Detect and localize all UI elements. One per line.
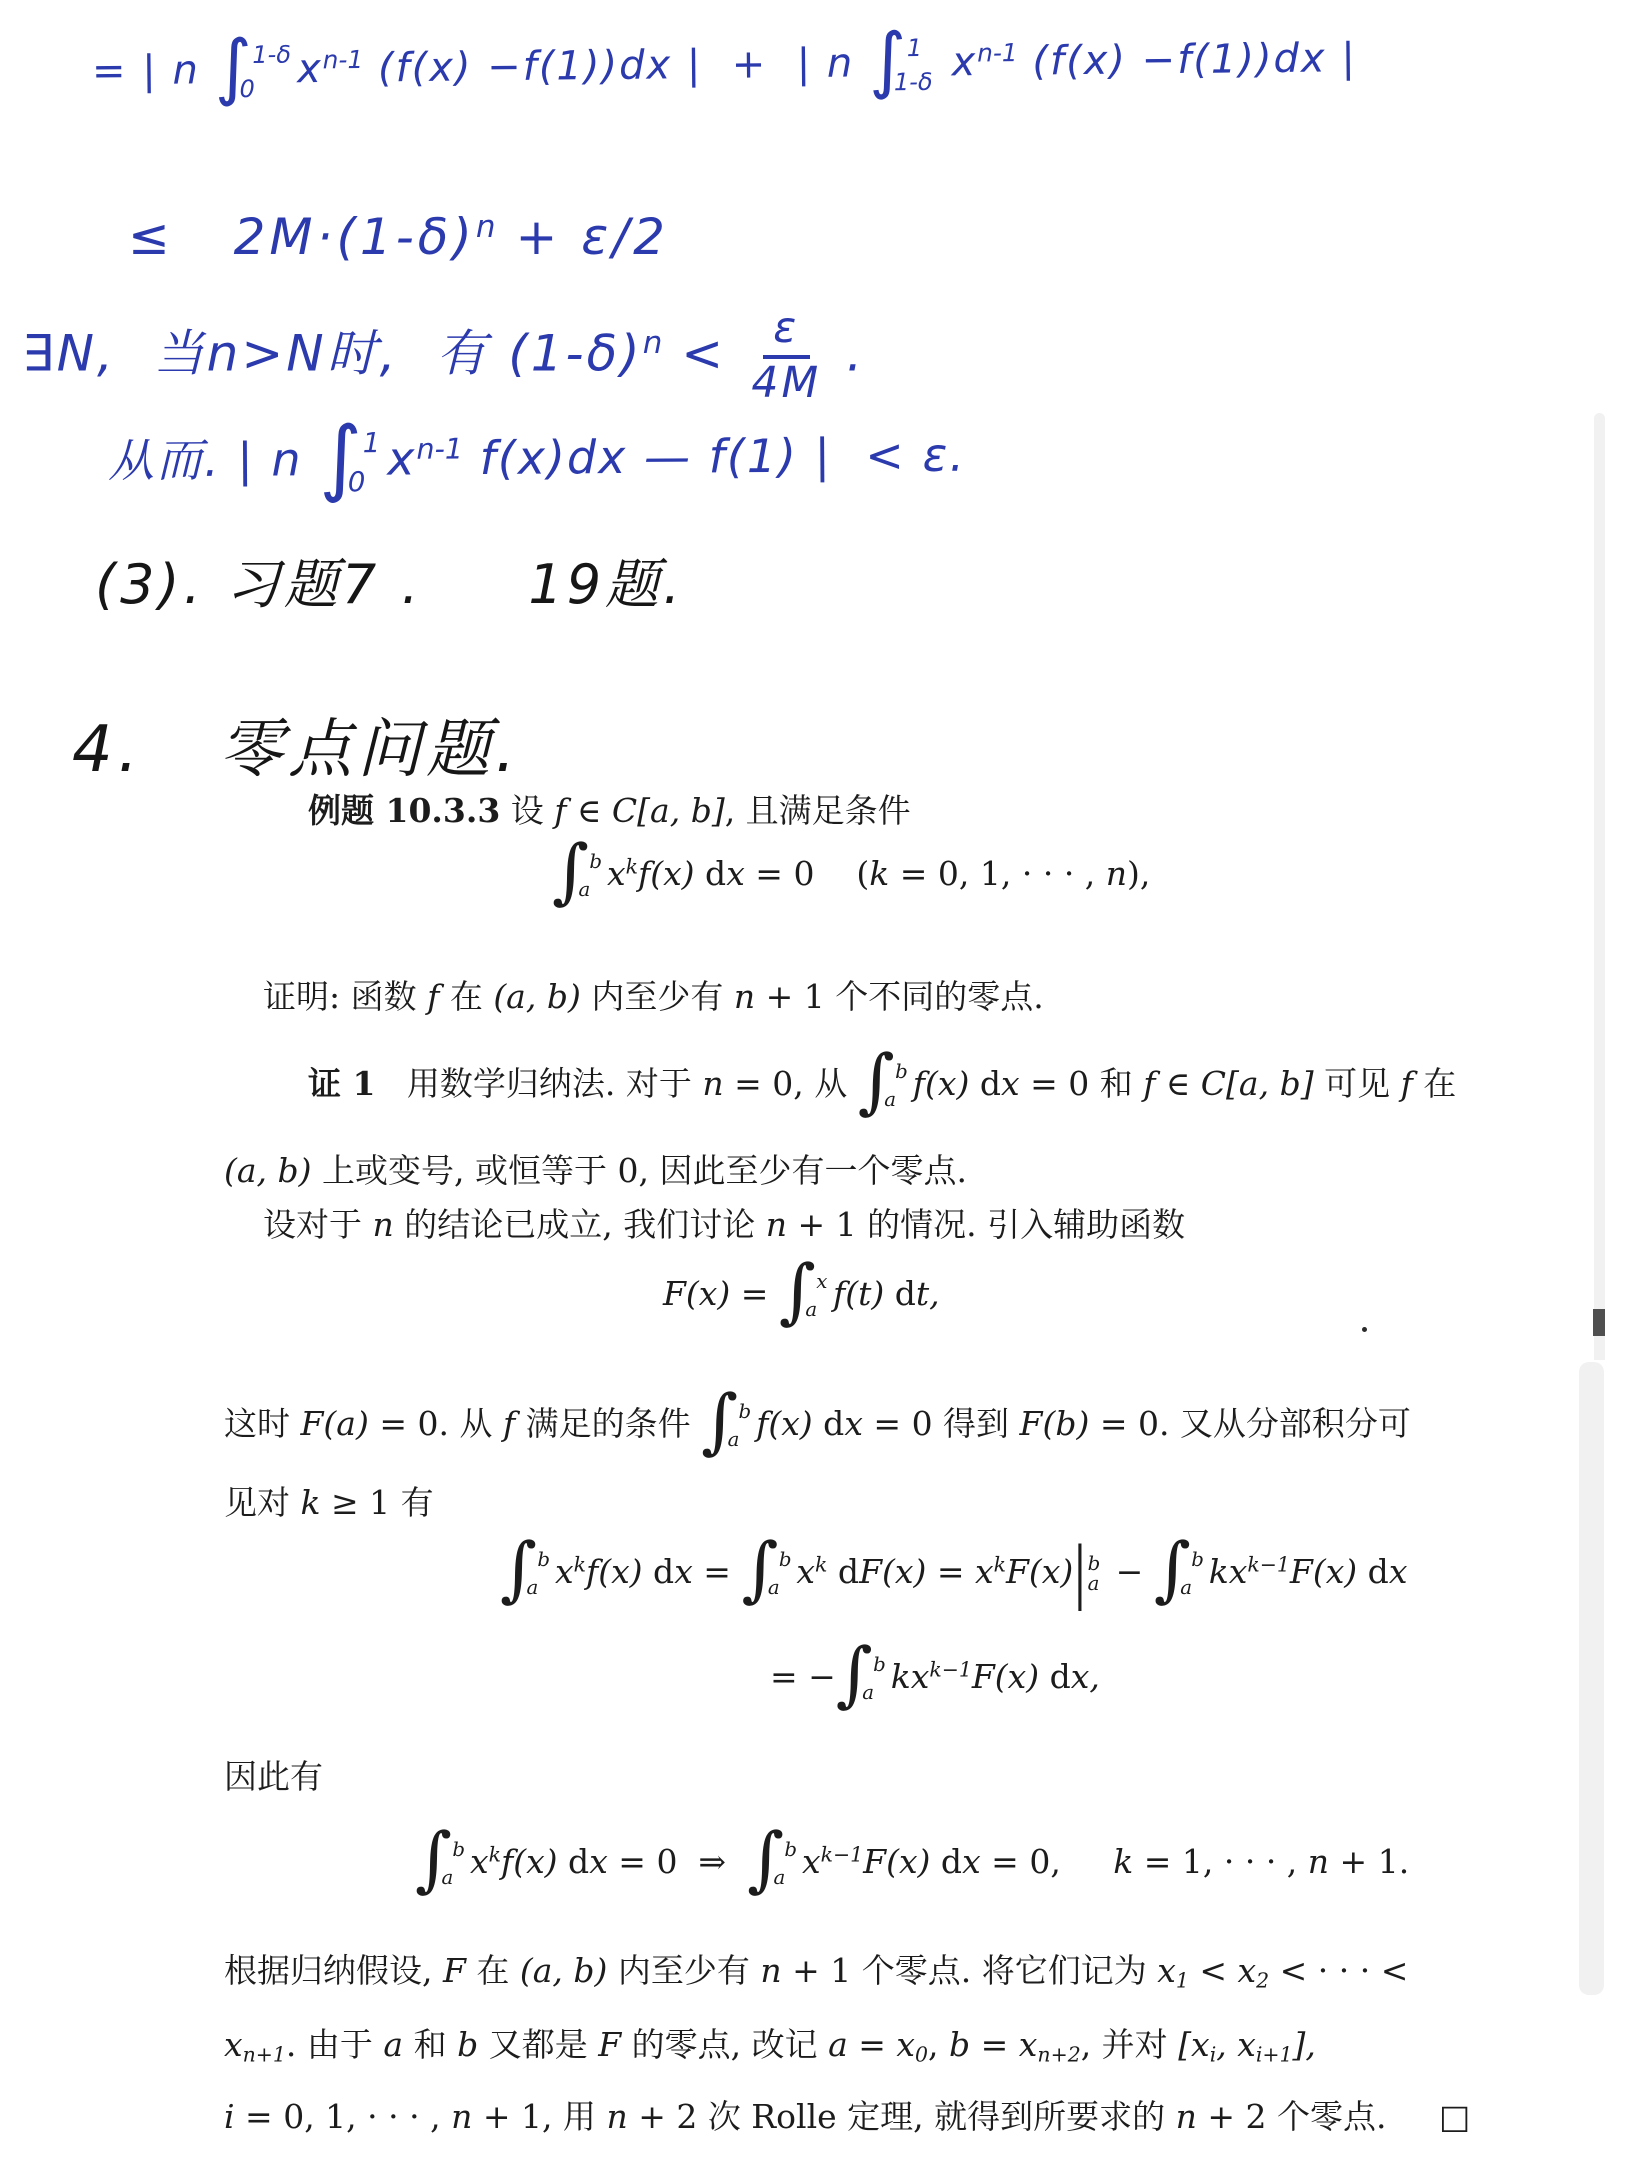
scrollbar-track-upper[interactable] [1594,413,1605,1360]
stray-ink-dot [1362,1327,1367,1332]
hw-line-exists-N: ∃N, 当n>N时, 有 (1-δ)n < ε4M . [22,308,865,406]
final-para-line1: 根据归纳假设, F 在 (a, b) 内至少有 n + 1 个零点. 将它们记为… [224,1950,1408,1994]
formula-condition: ∫baxkf(x) dx = 0 (k = 0, 1, · · · , n), [552,852,1150,900]
induction-intro-line: 设对于 n 的结论已成立, 我们讨论 n + 1 的情况. 引入辅助函数 [263,1204,1185,1245]
para-F-line1: 这时 F(a) = 0. 从 f 满足的条件 ∫baf(x) dx = 0 得到… [224,1402,1411,1450]
para-F-line2: 见对 k ≥ 1 有 [224,1482,434,1523]
proof1-para-line1: 证 1 用数学归纳法. 对于 n = 0, 从 ∫baf(x) dx = 0 和… [308,1062,1456,1110]
scrollbar-thumb[interactable] [1593,1309,1605,1336]
hw-line-bound: ≤ 2M·(1-δ)n + ε/2 [128,212,669,262]
formula-integration-by-parts-2: = −∫bakxk−1F(x) dx, [770,1655,1100,1703]
proof-goal-line: 证明: 函数 f 在 (a, b) 内至少有 n + 1 个不同的零点. [263,976,1044,1017]
final-para-line2: xn+1. 由于 a 和 b 又都是 F 的零点, 改记 a = x0, b =… [224,2024,1316,2068]
proof1-para-line2: (a, b) 上或变号, 或恒等于 0, 因此至少有一个零点. [224,1150,967,1191]
document-page: { "page": { "background": "#ffffff", "in… [0,0,1649,2176]
formula-integration-by-parts-1: ∫baxkf(x) dx = ∫baxk dF(x) = xkF(x)|ba −… [500,1550,1407,1598]
hw-section-heading: 4. 零点问题. [72,718,520,782]
hw-line-conclusion: 从而. | n ∫10xn-1 f(x)dx — f(1) | < ε. [108,425,966,497]
thus-label: 因此有 [224,1756,323,1797]
hw-line-integral-split: = | n ∫1-δ0xn-1 (f(x) −f(1))dx | + | n ∫… [92,31,1357,102]
formula-auxiliary-F: F(x) = ∫xaf(t) dt, [663,1272,940,1320]
example-title-line: 例题 10.3.3 设 f ∈ C[a, b], 且满足条件 [308,790,911,831]
final-para-line3: i = 0, 1, · · · , n + 1, 用 n + 2 次 Rolle… [224,2096,1470,2137]
hw-exercise-note: (3). 习题7 . 19题. [95,558,684,612]
formula-implication: ∫baxkf(x) dx = 0 ⇒ ∫baxk−1F(x) dx = 0, k… [415,1840,1409,1888]
scrollbar-track-lower[interactable] [1579,1362,1604,1995]
